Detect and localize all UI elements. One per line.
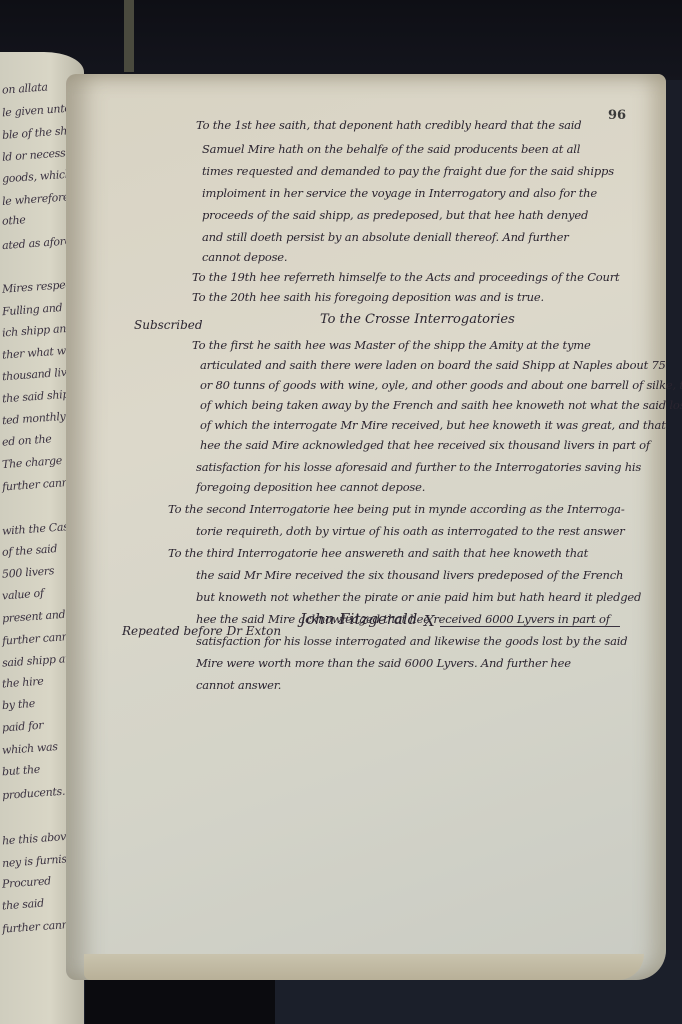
text-line: To the first he saith hee was Master of … — [192, 338, 591, 352]
text-line: hee the said Mire acknowledged that hee … — [200, 438, 650, 452]
left-fragment: present and — [2, 608, 66, 625]
text-line: foregoing deposition hee cannot depose. — [196, 480, 425, 494]
signature: John Fitzgerald — [300, 610, 417, 628]
left-fragment: further canno — [2, 475, 76, 493]
text-line: the said Mr Mire received the six thousa… — [196, 568, 623, 582]
left-fragment: 500 livers — [2, 564, 55, 581]
left-fragment: of the said — [2, 542, 58, 559]
text-line: but knoweth not whether the pirate or an… — [196, 590, 641, 604]
left-fragment: which was — [2, 740, 58, 757]
signature-rule — [440, 626, 620, 627]
left-fragment: le given unto — [2, 102, 71, 120]
left-fragment: he this above — [2, 830, 73, 848]
text-line: Mire were worth more than the said 6000 … — [196, 656, 571, 670]
left-fragment: ich shipp and — [2, 322, 74, 340]
text-line: To the second Interrogatorie hee being p… — [168, 502, 625, 516]
left-fragment: paid for — [2, 719, 44, 735]
margin-note: Subscribed — [134, 318, 203, 332]
text-line: To the third Interrogatorie hee answeret… — [168, 546, 588, 560]
text-line: To the 19th hee referreth himselfe to th… — [192, 270, 619, 284]
left-fragment: thousand liv — [2, 366, 67, 383]
text-line: imploiment in her service the voyage in … — [202, 186, 597, 200]
left-fragment: The charge — [2, 454, 63, 471]
text-line: times requested and demanded to pay the … — [202, 164, 614, 178]
text-line: articulated and saith there were laden o… — [200, 358, 666, 372]
text-line: of which the interrogate Mr Mire receive… — [200, 418, 666, 432]
signature-mark: X — [424, 612, 435, 630]
text-line: satisfaction for his losse aforesaid and… — [196, 460, 641, 474]
left-fragment: the said — [2, 897, 45, 913]
text-line: or 80 tunns of goods with wine, oyle, an… — [200, 378, 682, 392]
left-fragment: but the — [2, 763, 41, 779]
text-line: Samuel Mire hath on the behalfe of the s… — [202, 142, 580, 156]
left-fragment: by the — [2, 697, 36, 712]
text-line: proceeds of the said shipp, as predepose… — [202, 208, 588, 222]
left-fragment: on allata — [2, 80, 48, 96]
left-fragment: othe — [2, 213, 26, 228]
left-fragment: ed on the — [2, 432, 52, 448]
page-number: 96 — [608, 108, 626, 123]
text-line: cannot depose. — [202, 250, 287, 264]
section-heading: To the Crosse Interrogatories — [320, 312, 515, 327]
text-line: torie requireth, doth by virtue of his o… — [196, 524, 625, 538]
left-fragment: ted monthly — [2, 410, 66, 427]
text-line: To the 20th hee saith his foregoing depo… — [192, 290, 544, 304]
closing-note: Repeated before Dr Exton — [122, 624, 281, 638]
left-fragment: Procured — [2, 874, 52, 890]
text-line: of which being taken away by the French … — [200, 398, 682, 412]
left-fragment: the hire — [2, 675, 44, 691]
backdrop-strip — [124, 0, 134, 72]
left-fragment: goods, which — [2, 168, 72, 186]
text-line: and still doeth persist by an absolute d… — [202, 230, 569, 244]
left-fragment: the said ship — [2, 388, 70, 406]
text-line: cannot answer. — [196, 678, 281, 692]
left-fragment: value of — [2, 587, 44, 603]
page-bottom-edge — [84, 954, 644, 980]
text-line: To the 1st hee saith, that deponent hath… — [196, 118, 581, 132]
